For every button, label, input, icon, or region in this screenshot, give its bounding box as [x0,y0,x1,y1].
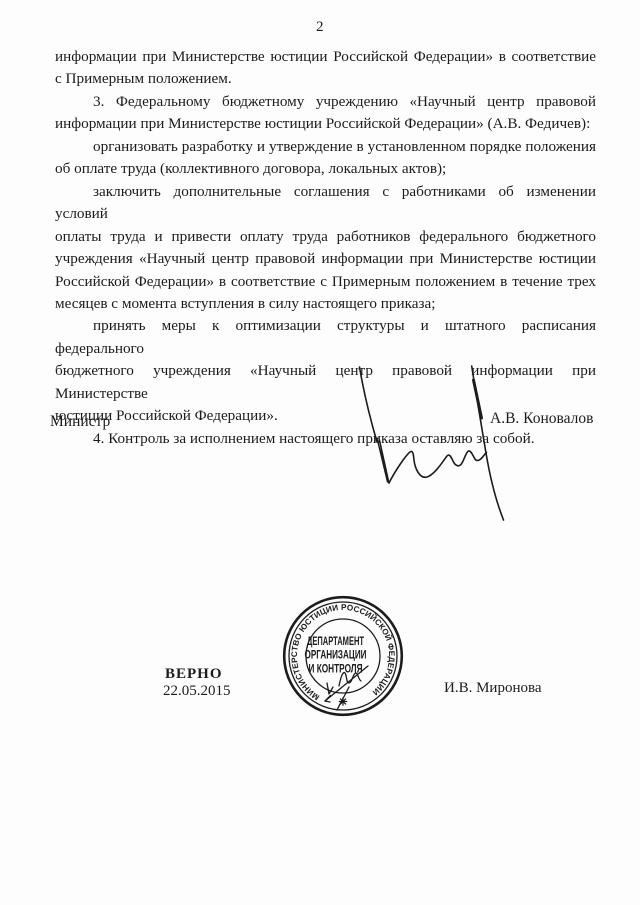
body-line: 3. Федеральному бюджетному учреждению «Н… [55,91,596,113]
body-line: информации при Министерстве юстиции Росс… [55,113,596,135]
certifier-name: И.В. Миронова [444,680,542,697]
document-body: информации при Министерстве юстиции Росс… [55,46,596,450]
body-line: об оплате труда (коллективного договора,… [55,158,596,180]
body-line: учреждения «Научный центр правовой инфор… [55,248,596,270]
verified-label: ВЕРНО [163,666,231,683]
body-line: с Примерным положением. [55,68,596,90]
stamp-center-line-1: ДЕПАРТАМЕНТ [307,634,364,648]
body-line: организовать разработку и утверждение в … [55,136,596,158]
body-line: информации при Министерстве юстиции Росс… [55,46,596,68]
certification-date: 22.05.2015 [163,683,231,700]
minister-position-label: Министр [50,413,110,431]
body-line: месяцев с момента вступления в силу наст… [55,293,596,315]
body-line: принять меры к оптимизации структуры и ш… [55,315,596,360]
ministry-round-stamp: МИНИСТЕРСТВО ЮСТИЦИИ РОССИЙСКОЙ ФЕДЕРАЦИ… [281,594,405,718]
stamp-center-line-2: ОРГАНИЗАЦИИ [305,648,367,662]
document-page: 2 информации при Министерстве юстиции Ро… [0,0,640,905]
certification-block: ВЕРНО 22.05.2015 [163,666,231,699]
body-line: бюджетного учреждения «Научный центр пра… [55,360,596,405]
minister-signature [350,358,510,528]
body-line: оплаты труда и привести оплату труда раб… [55,226,596,248]
page-number: 2 [0,19,640,36]
body-line: 4. Контроль за исполнением настоящего пр… [55,428,596,450]
body-line: заключить дополнительные соглашения с ра… [55,181,596,226]
body-line: Российской Федерации» в соответствие с П… [55,271,596,293]
